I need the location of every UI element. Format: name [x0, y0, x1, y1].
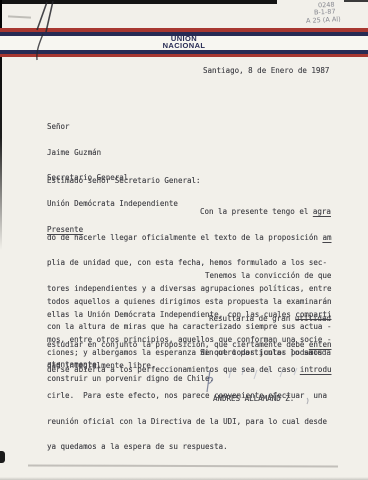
org-name-line2: NACIONAL	[163, 43, 206, 50]
recipient-title: Señor	[47, 123, 178, 132]
scan-edge-top-right	[344, 0, 368, 2]
letter-line: do de hacerle llegar oficialmente el tex…	[47, 234, 331, 243]
recipient-name: Jaime Guzmán	[47, 149, 178, 158]
org-name: UNION NACIONAL	[163, 36, 206, 50]
archival-annotation-line3: A 25 (A Al)	[306, 16, 341, 25]
letter-line: ya quedamos a la espera de su respuesta.	[47, 443, 331, 452]
letter-line: Tenemos la convicción de que	[47, 272, 331, 281]
letter-date: Santiago, 8 de Enero de 1987	[203, 67, 329, 76]
letter-line: reunión oficial con la Directiva de la U…	[47, 418, 331, 427]
closing-atentamente: atentamente,	[47, 361, 101, 370]
letter-line: Con la presente tengo el agra	[47, 208, 331, 217]
scan-blemish	[0, 451, 5, 463]
signer-name: ANDRÉS ALLAMAND Z.	[213, 395, 294, 404]
letter-line: Resultaría de gran utilidad	[47, 315, 331, 324]
salutation: Estimado señor Secretario General:	[47, 177, 201, 186]
pen-strokes	[25, 0, 85, 65]
closing-line: Sin otro particular lo saluda	[47, 349, 331, 358]
scanned-letter-page: 0248 B-1-87 A 25 (A Al) UNION NACIONAL S…	[0, 0, 368, 480]
